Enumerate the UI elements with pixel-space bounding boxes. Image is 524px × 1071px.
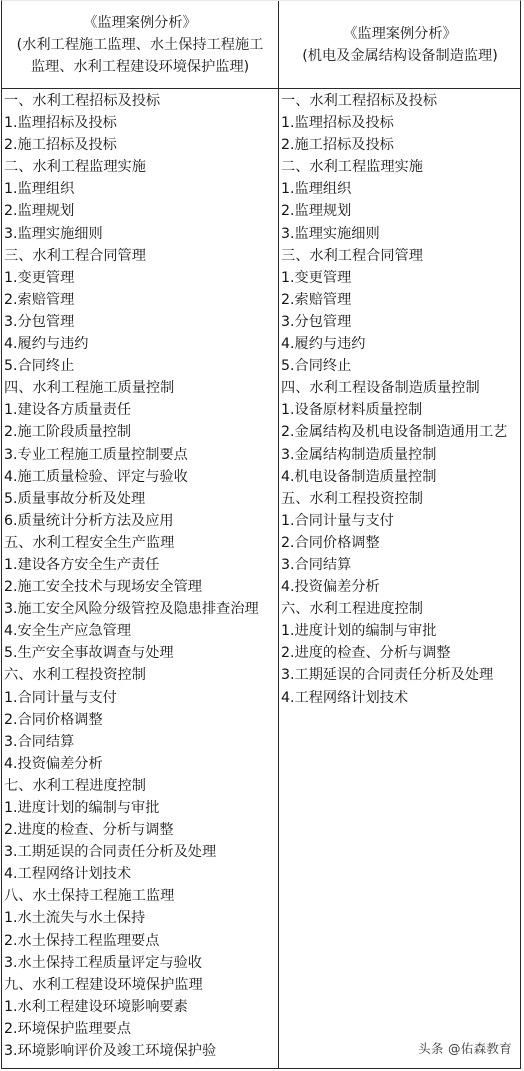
- list-item: 六、水利工程进度控制: [281, 598, 521, 620]
- list-item: 3.合同结算: [281, 554, 521, 576]
- list-item: 5.合同终止: [281, 355, 521, 377]
- list-item: 3.工期延误的合同责任分析及处理: [4, 841, 276, 863]
- header-subtitle: (水利工程施工监理、水土保持工程施工: [17, 34, 264, 56]
- list-item: 2.施工安全技术与现场安全管理: [4, 576, 276, 598]
- syllabus-comparison-table: 《监理案例分析》 (水利工程施工监理、水土保持工程施工 监理、水利工程建设环境保…: [1, 0, 521, 1069]
- list-item: 二、水利工程监理实施: [281, 156, 521, 178]
- list-item: 1.监理组织: [4, 178, 276, 200]
- list-item: 3.专业工程施工质量控制要点: [4, 444, 276, 466]
- list-item: 3.水土保持工程质量评定与验收: [4, 952, 276, 974]
- list-item: 4.投资偏差分析: [4, 753, 276, 775]
- list-item: 2.索赔管理: [281, 289, 521, 311]
- list-item: 5.生产安全事故调查与处理: [4, 642, 276, 664]
- list-item: 2.金属结构及机电设备制造通用工艺: [281, 421, 521, 443]
- list-item: 4.安全生产应急管理: [4, 620, 276, 642]
- list-item: 2.监理规划: [4, 200, 276, 222]
- list-item: 七、水利工程进度控制: [4, 775, 276, 797]
- list-item: 3.监理实施细则: [281, 223, 521, 245]
- list-item: 5.质量事故分析及处理: [4, 488, 276, 510]
- list-item: 一、水利工程招标及投标: [4, 90, 276, 112]
- list-item: 3.合同结算: [4, 731, 276, 753]
- header-cell-water-conservancy: 《监理案例分析》 (水利工程施工监理、水土保持工程施工 监理、水利工程建设环境保…: [2, 1, 278, 88]
- list-item: 2.合同价格调整: [281, 532, 521, 554]
- list-item: 3.分包管理: [281, 311, 521, 333]
- list-item: 1.合同计量与支付: [281, 510, 521, 532]
- list-item: 2.合同价格调整: [4, 709, 276, 731]
- header-subtitle: (机电及金属结构设备制造监理): [302, 45, 498, 67]
- list-item: 4.机电设备制造质量控制: [281, 466, 521, 488]
- list-item: 八、水土保持工程施工监理: [4, 885, 276, 907]
- list-item: 九、水利工程建设环境保护监理: [4, 974, 276, 996]
- list-item: 1.水土流失与水土保持: [4, 907, 276, 929]
- list-item: 1.监理招标及投标: [281, 112, 521, 134]
- list-item: 2.施工招标及投标: [4, 134, 276, 156]
- list-item: 二、水利工程监理实施: [4, 156, 276, 178]
- list-item: 2.施工招标及投标: [281, 134, 521, 156]
- list-item: 4.工程网络计划技术: [4, 863, 276, 885]
- list-item: 一、水利工程招标及投标: [281, 90, 521, 112]
- column-divider: [278, 1, 279, 1068]
- list-item: 2.监理规划: [281, 200, 521, 222]
- watermark: 头条 @佑森教育: [418, 1039, 512, 1057]
- list-item: 3.施工安全风险分级管控及隐患排查治理: [4, 598, 276, 620]
- header-title: 《监理案例分析》: [343, 23, 457, 45]
- list-item: 3.监理实施细则: [4, 223, 276, 245]
- list-item: 1.变更管理: [4, 267, 276, 289]
- header-cell-mechanical-electrical: 《监理案例分析》 (机电及金属结构设备制造监理): [279, 1, 521, 88]
- list-item: 6.质量统计分析方法及应用: [4, 510, 276, 532]
- list-item: 4.履约与违约: [281, 333, 521, 355]
- list-item: 2.水土保持工程监理要点: [4, 930, 276, 952]
- list-item: 4.工程网络计划技术: [281, 687, 521, 709]
- list-item: 2.索赔管理: [4, 289, 276, 311]
- list-item: 六、水利工程投资控制: [4, 664, 276, 686]
- list-item: 五、水利工程安全生产监理: [4, 532, 276, 554]
- list-item: 1.变更管理: [281, 267, 521, 289]
- list-item: 3.工期延误的合同责任分析及处理: [281, 664, 521, 686]
- header-subtitle: 监理、水利工程建设环境保护监理): [31, 56, 249, 78]
- list-item: 1.监理招标及投标: [4, 112, 276, 134]
- list-item: 1.建设各方质量责任: [4, 399, 276, 421]
- list-item: 1.设备原材料质量控制: [281, 399, 521, 421]
- list-item: 3.分包管理: [4, 311, 276, 333]
- list-item: 1.进度计划的编制与审批: [281, 620, 521, 642]
- list-item: 4.投资偏差分析: [281, 576, 521, 598]
- list-item: 2.进度的检查、分析与调整: [4, 819, 276, 841]
- list-item: 4.履约与违约: [4, 333, 276, 355]
- list-item: 1.水利工程建设环境影响要素: [4, 996, 276, 1018]
- header-title: 《监理案例分析》: [83, 12, 197, 34]
- list-item: 3.金属结构制造质量控制: [281, 444, 521, 466]
- list-item: 2.施工阶段质量控制: [4, 421, 276, 443]
- list-item: 4.施工质量检验、评定与验收: [4, 466, 276, 488]
- list-item: 四、水利工程设备制造质量控制: [281, 377, 521, 399]
- list-item: 三、水利工程合同管理: [281, 245, 521, 267]
- right-column-content: 一、水利工程招标及投标1.监理招标及投标2.施工招标及投标二、水利工程监理实施1…: [281, 90, 521, 709]
- list-item: 1.进度计划的编制与审批: [4, 797, 276, 819]
- table-header-row: 《监理案例分析》 (水利工程施工监理、水土保持工程施工 监理、水利工程建设环境保…: [2, 1, 520, 89]
- list-item: 1.监理组织: [281, 178, 521, 200]
- list-item: 2.进度的检查、分析与调整: [281, 642, 521, 664]
- list-item: 5.合同终止: [4, 355, 276, 377]
- list-item: 1.建设各方安全生产责任: [4, 554, 276, 576]
- list-item: 1.合同计量与支付: [4, 687, 276, 709]
- list-item: 三、水利工程合同管理: [4, 245, 276, 267]
- list-item: 五、水利工程投资控制: [281, 488, 521, 510]
- list-item: 四、水利工程施工质量控制: [4, 377, 276, 399]
- list-item: 3.环境影响评价及竣工环境保护验: [4, 1040, 276, 1062]
- list-item: 2.环境保护监理要点: [4, 1018, 276, 1040]
- left-column-content: 一、水利工程招标及投标1.监理招标及投标2.施工招标及投标二、水利工程监理实施1…: [4, 90, 276, 1062]
